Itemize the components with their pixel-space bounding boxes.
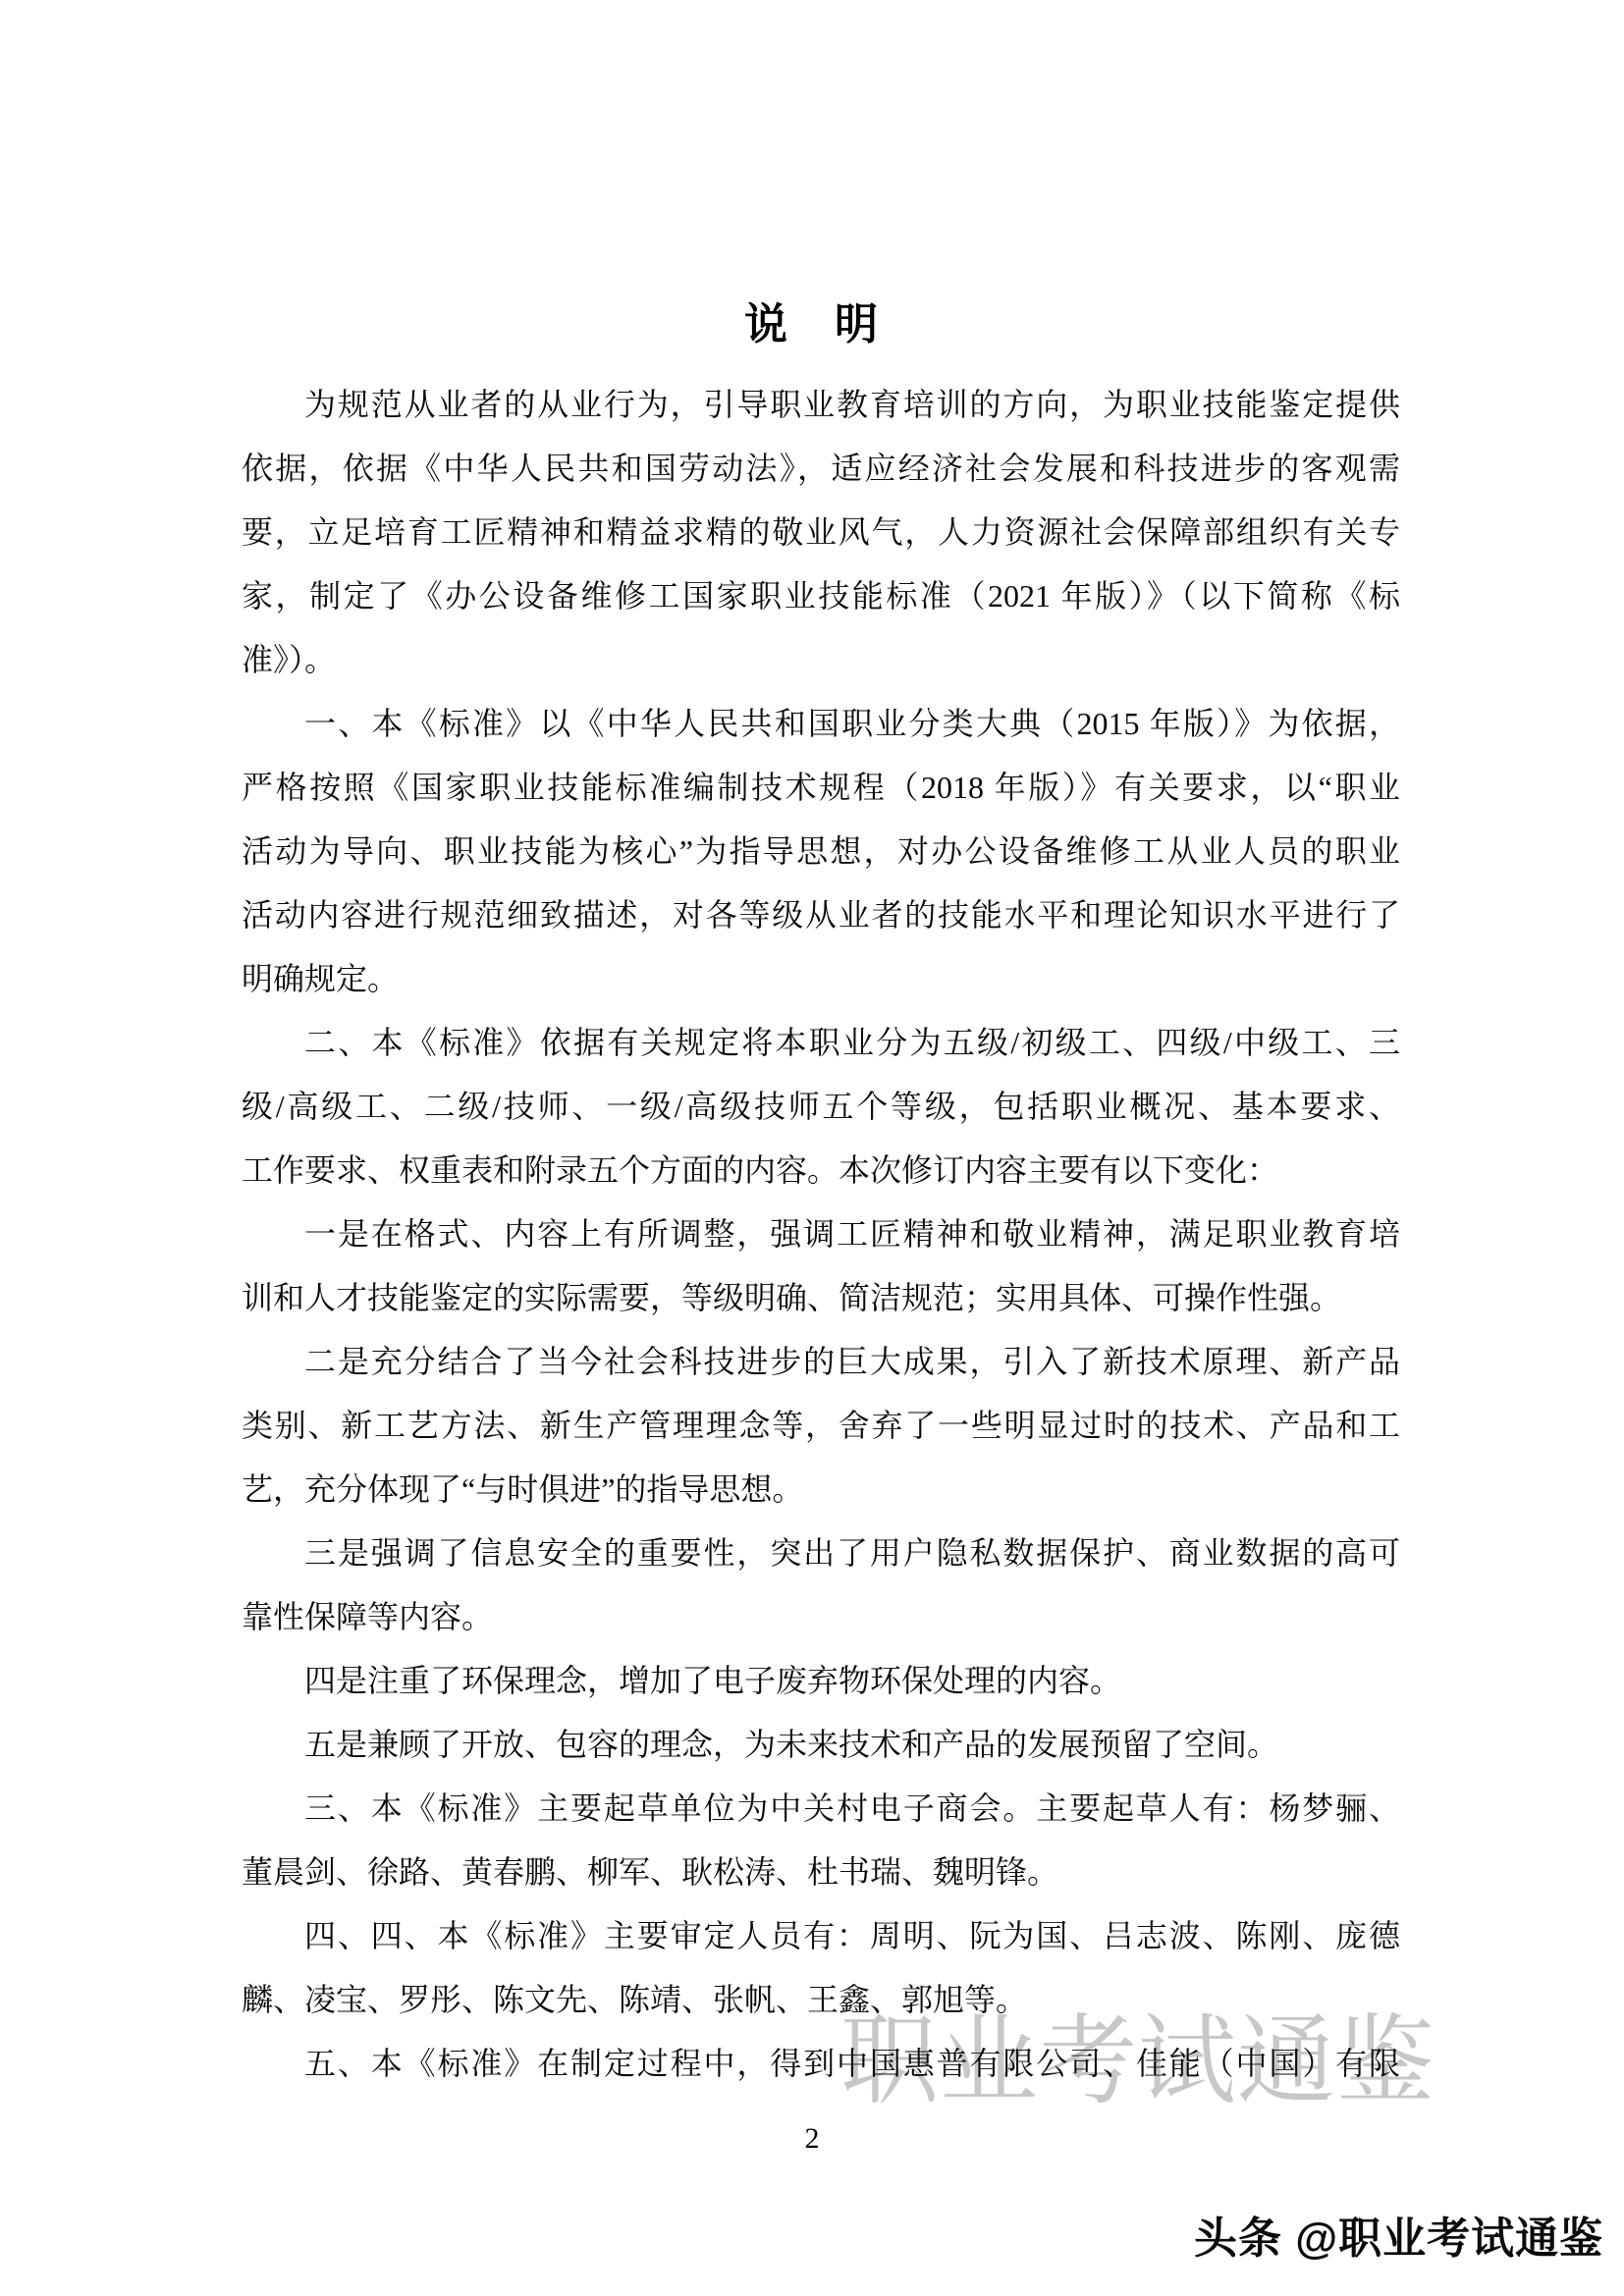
text-line: 活动为导向、职业技能为核心”为指导思想，对办公设备维修工从业人员的职业 bbox=[242, 820, 1400, 883]
paragraph: 一、本《标准》以《中华人民共和国职业分类大典（2015 年版）》为依据，严格按照… bbox=[242, 692, 1400, 1011]
text-line: 级/高级工、二级/技师、一级/高级技师五个等级，包括职业概况、基本要求、 bbox=[242, 1075, 1400, 1139]
paragraph: 四是注重了环保理念，增加了电子废弃物环保处理的内容。 bbox=[242, 1649, 1400, 1713]
text-line: 四是注重了环保理念，增加了电子废弃物环保处理的内容。 bbox=[242, 1649, 1400, 1713]
paragraph: 二是充分结合了当今社会科技进步的巨大成果，引入了新技术原理、新产品类别、新工艺方… bbox=[242, 1330, 1400, 1522]
text-line: 准》）。 bbox=[242, 628, 1400, 692]
text-line: 要，立足培育工匠精神和精益求精的敬业风气，人力资源社会保障部组织有关专 bbox=[242, 501, 1400, 564]
paragraph: 五、本《标准》在制定过程中，得到中国惠普有限公司、佳能（中国）有限 bbox=[242, 2032, 1400, 2096]
text-line: 一、本《标准》以《中华人民共和国职业分类大典（2015 年版）》为依据， bbox=[242, 692, 1400, 756]
text-line: 依据，依据《中华人民共和国劳动法》，适应经济社会发展和科技进步的客观需 bbox=[242, 437, 1400, 501]
text-line: 董晨剑、徐路、黄春鹏、柳军、耿松涛、杜书瑞、魏明锋。 bbox=[242, 1841, 1400, 1904]
text-line: 严格按照《国家职业技能标准编制技术规程（2018 年版）》有关要求，以“职业 bbox=[242, 756, 1400, 820]
paragraph: 四、四、本《标准》主要审定人员有：周明、阮为国、吕志波、陈刚、庞德麟、凌宝、罗彤… bbox=[242, 1904, 1400, 2032]
paragraph: 五是兼顾了开放、包容的理念，为未来技术和产品的发展预留了空间。 bbox=[242, 1713, 1400, 1777]
paragraph: 三是强调了信息安全的重要性，突出了用户隐私数据保护、商业数据的高可靠性保障等内容… bbox=[242, 1522, 1400, 1649]
text-line: 艺，充分体现了“与时俱进”的指导思想。 bbox=[242, 1458, 1400, 1522]
paragraph: 三、本《标准》主要起草单位为中关村电子商会。主要起草人有：杨梦骊、董晨剑、徐路、… bbox=[242, 1777, 1400, 1904]
paragraph: 二、本《标准》依据有关规定将本职业分为五级/初级工、四级/中级工、三级/高级工、… bbox=[242, 1011, 1400, 1202]
text-line: 五是兼顾了开放、包容的理念，为未来技术和产品的发展预留了空间。 bbox=[242, 1713, 1400, 1777]
document-body: 为规范从业者的从业行为，引导职业教育培训的方向，为职业技能鉴定提供依据，依据《中… bbox=[242, 373, 1400, 2096]
text-line: 明确规定。 bbox=[242, 947, 1400, 1011]
text-line: 二是充分结合了当今社会科技进步的巨大成果，引入了新技术原理、新产品 bbox=[242, 1330, 1400, 1394]
text-line: 二、本《标准》依据有关规定将本职业分为五级/初级工、四级/中级工、三 bbox=[242, 1011, 1400, 1075]
text-line: 工作要求、权重表和附录五个方面的内容。本次修订内容主要有以下变化： bbox=[242, 1139, 1400, 1202]
text-line: 三是强调了信息安全的重要性，突出了用户隐私数据保护、商业数据的高可 bbox=[242, 1522, 1400, 1585]
text-line: 一是在格式、内容上有所调整，强调工匠精神和敬业精神，满足职业教育培 bbox=[242, 1202, 1400, 1266]
text-line: 类别、新工艺方法、新生产管理理念等，舍弃了一些明显过时的技术、产品和工 bbox=[242, 1394, 1400, 1458]
credit-watermark: 头条 @职业考试通鉴 bbox=[1194, 2203, 1603, 2266]
text-line: 活动内容进行规范细致描述，对各等级从业者的技能水平和理论知识水平进行了 bbox=[242, 883, 1400, 947]
paragraph: 为规范从业者的从业行为，引导职业教育培训的方向，为职业技能鉴定提供依据，依据《中… bbox=[242, 373, 1400, 692]
document-page: 说 明 职业考试通鉴 为规范从业者的从业行为，引导职业教育培训的方向，为职业技能… bbox=[0, 0, 1624, 2296]
text-line: 为规范从业者的从业行为，引导职业教育培训的方向，为职业技能鉴定提供 bbox=[242, 373, 1400, 437]
text-line: 训和人才技能鉴定的实际需要，等级明确、简洁规范；实用具体、可操作性强。 bbox=[242, 1266, 1400, 1330]
text-line: 麟、凌宝、罗彤、陈文先、陈靖、张帆、王鑫、郭旭等。 bbox=[242, 1968, 1400, 2032]
text-line: 三、本《标准》主要起草单位为中关村电子商会。主要起草人有：杨梦骊、 bbox=[242, 1777, 1400, 1841]
paragraph: 一是在格式、内容上有所调整，强调工匠精神和敬业精神，满足职业教育培训和人才技能鉴… bbox=[242, 1202, 1400, 1330]
text-line: 五、本《标准》在制定过程中，得到中国惠普有限公司、佳能（中国）有限 bbox=[242, 2032, 1400, 2096]
text-line: 家，制定了《办公设备维修工国家职业技能标准（2021 年版）》（以下简称《标 bbox=[242, 564, 1400, 628]
text-line: 四、四、本《标准》主要审定人员有：周明、阮为国、吕志波、陈刚、庞德 bbox=[242, 1904, 1400, 1968]
page-number: 2 bbox=[0, 2122, 1624, 2156]
page-title: 说 明 bbox=[0, 289, 1624, 351]
text-line: 靠性保障等内容。 bbox=[242, 1585, 1400, 1649]
